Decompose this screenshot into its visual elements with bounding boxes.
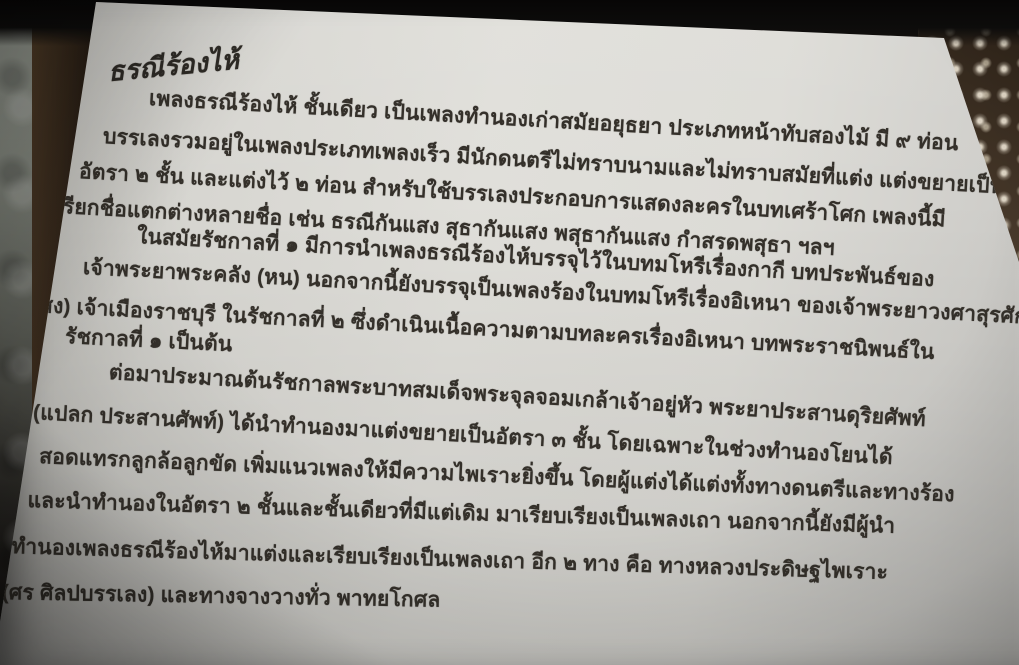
- text-line: (ศร ศิลปบรรเลง) และทางจางวางทั่ว พาทยโกศ…: [1, 576, 440, 617]
- book-page-photo: ธรณีร้องไห้ เพลงธรณีร้องไห้ ชั้นเดียว เป…: [0, 0, 1019, 665]
- book-page: ธรณีร้องไห้ เพลงธรณีร้องไห้ ชั้นเดียว เป…: [0, 0, 1019, 665]
- text-line: รัชกาลที่ ๑ เป็นต้น: [64, 320, 233, 361]
